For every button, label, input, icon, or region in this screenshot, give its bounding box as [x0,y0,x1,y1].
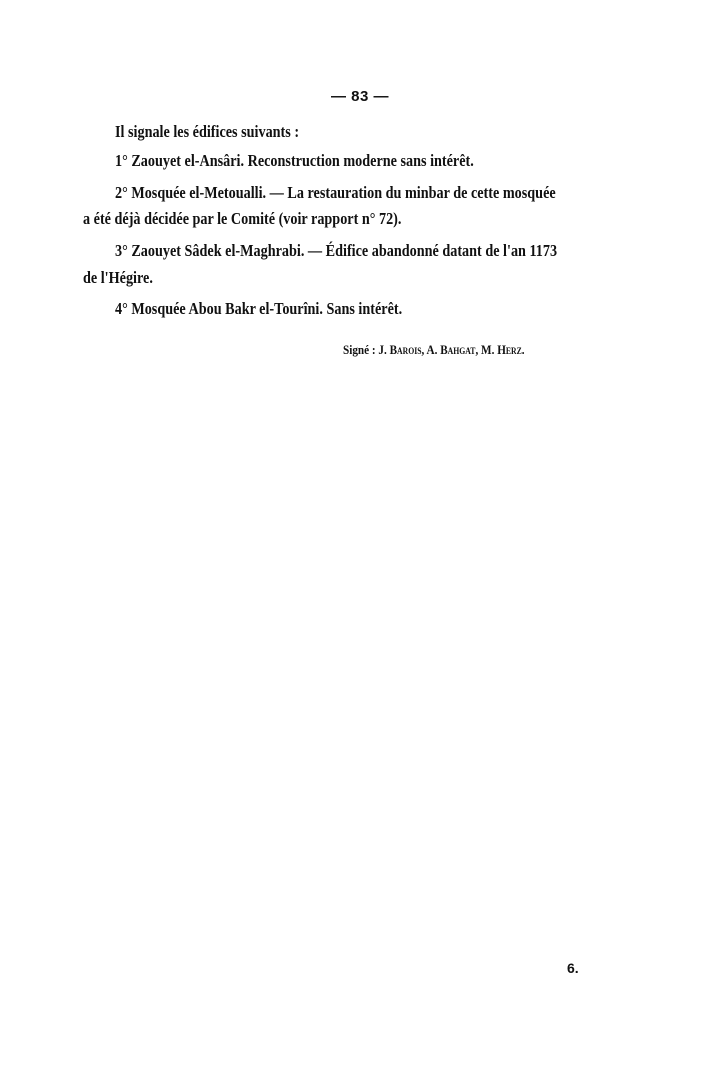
signature-prefix: Signé : [343,342,378,357]
intro-text: Il signale les édifices suivants : [115,122,299,142]
signature-names: J. Barois, A. Bahgat, M. Herz. [378,342,524,357]
page-number: — 83 — [0,88,720,105]
signature-mark: 6. [567,960,579,976]
list-item-3-line-1: 3° Zaouyet Sâdek el-Maghrabi. — Édifice … [115,241,557,261]
list-item-4: 4° Mosquée Abou Bakr el-Tourîni. Sans in… [115,299,402,319]
list-item-1: 1° Zaouyet el-Ansâri. Reconstruction mod… [115,151,474,171]
list-item-2-line-2: a été déjà décidée par le Comité (voir r… [83,209,401,229]
list-item-2-line-1: 2° Mosquée el-Metoualli. — La restaurati… [115,183,556,203]
list-item-3-line-2: de l'Hégire. [83,268,153,288]
signature-line: Signé : J. Barois, A. Bahgat, M. Herz. [343,342,525,358]
